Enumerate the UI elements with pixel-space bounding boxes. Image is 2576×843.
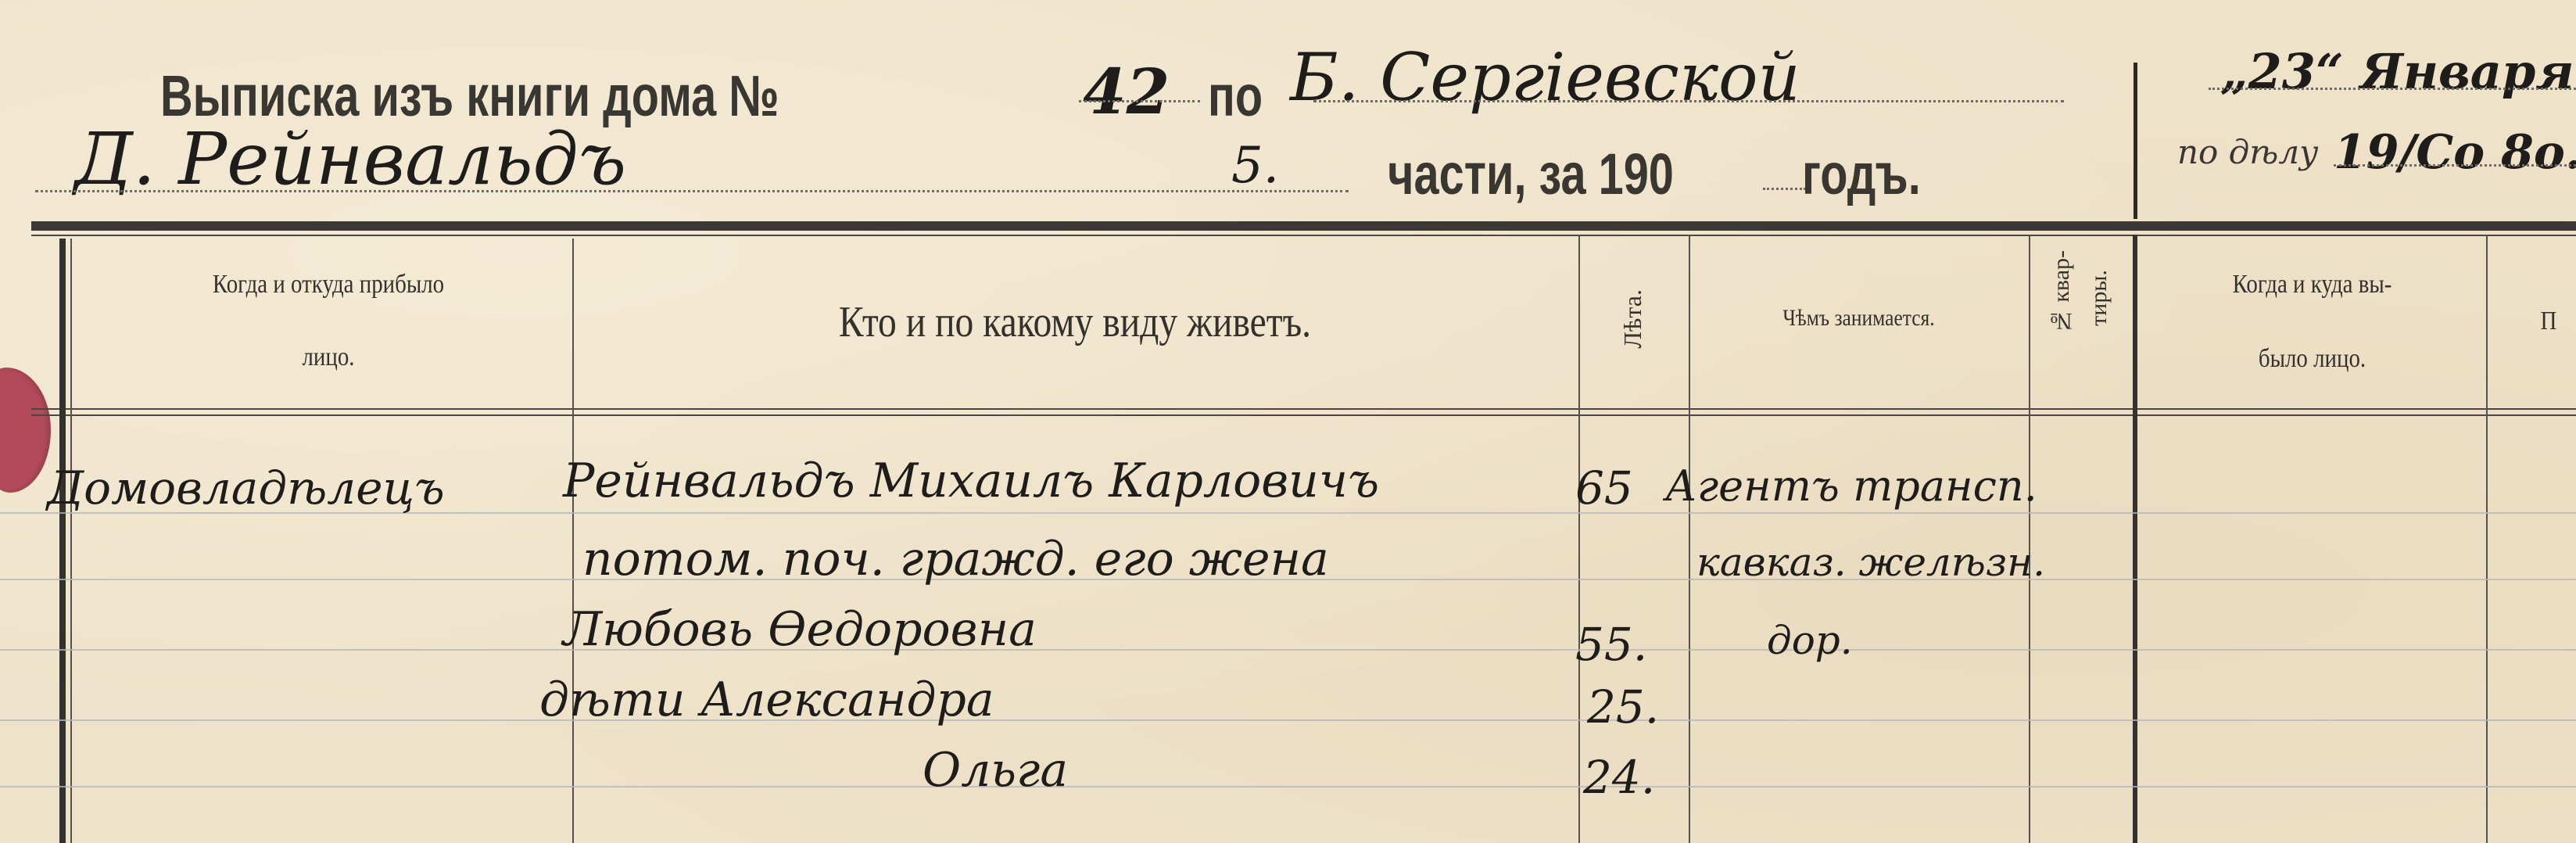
date-dotted-line: [2209, 88, 2576, 90]
col-resident-label: Кто и по какому виду живетъ.: [653, 297, 1497, 347]
entry-occupation-line-3: дор.: [1767, 618, 1853, 663]
street-dotted-line: [1313, 100, 2064, 102]
part-row: части, за 190: [1388, 141, 1754, 209]
case-label: по дѣлу: [2177, 133, 2318, 171]
date-handwritten: „23“ Января: [2220, 43, 2574, 100]
entry-age-1: 65: [1575, 461, 1633, 515]
ruled-line-5: [0, 786, 2576, 787]
col-arrival-label-2: лицо.: [129, 343, 528, 372]
col-divider-1: [572, 239, 574, 843]
header-divider: [2134, 63, 2137, 219]
year-suffix-row: годъ.: [1802, 141, 1954, 209]
header-bottom-rule-1: [31, 408, 2576, 410]
left-border-inner: [70, 239, 72, 843]
year-suffix: годъ.: [1802, 141, 1921, 207]
col-age-label: Лѣта.: [1618, 289, 1647, 349]
col-divider-3: [1689, 235, 1690, 843]
entry-age-3: 25.: [1587, 680, 1659, 734]
ruled-line-4: [0, 719, 2576, 721]
col-departure-label-2: было лицо.: [2168, 344, 2457, 374]
col-apartment-label-1: № квар-: [2048, 250, 2075, 334]
year-dotted-line: [1763, 188, 1806, 190]
part-printed: части, за 190: [1388, 141, 1674, 207]
col-arrival-label-1: Когда и откуда прибыло: [129, 270, 528, 300]
col-divider-6: [2486, 235, 2488, 843]
case-dotted-line: [2334, 164, 2576, 167]
house-number-dotted-line: [1079, 100, 1200, 102]
left-border: [59, 239, 66, 843]
table-top-thick-rule: [31, 221, 2576, 231]
col-divider-2: [1578, 235, 1580, 843]
col-apartment-label-2: тиры.: [2086, 270, 2112, 326]
col-departure-label-1: Когда и куда вы-: [2168, 270, 2457, 300]
header-bottom-rule-2: [31, 414, 2576, 416]
entry-age-4: 24.: [1583, 751, 1655, 804]
entry-arrival: Домовладѣлецъ: [47, 461, 445, 515]
entry-occupation-line-2: кавказ. желѣзн.: [1696, 540, 2045, 585]
entry-resident-line-2: потом. поч. гражд. его жена: [582, 532, 1329, 587]
entry-age-2: 55.: [1575, 618, 1647, 671]
street-prefix: по: [1208, 63, 1263, 129]
entry-occupation-line-1: Агентъ трансп.: [1665, 461, 2037, 511]
ruled-line-3: [0, 649, 2576, 651]
col-divider-5-thick: [2133, 235, 2137, 843]
entry-resident-line-3: Любовь Ѳедоровна: [547, 602, 1037, 657]
col-truncated-label: П: [2529, 307, 2569, 336]
table-top-thin-rule: [31, 235, 2576, 236]
case-number: 19/Со 8о.: [2334, 125, 2576, 180]
owner-name: Д. Рейнвальдъ: [74, 117, 626, 201]
owner-dotted-line: [35, 190, 1349, 192]
col-occupation-label: Чѣмъ занимается.: [1718, 305, 2000, 332]
entry-resident-line-5: Ольга: [923, 743, 1068, 798]
street-name: Б. Сергіевской: [1290, 39, 1800, 116]
col-divider-4: [2029, 235, 2030, 843]
entry-resident-line-1: Рейнвальдъ Михаилъ Карловичъ: [563, 454, 1379, 508]
house-number: 42: [1083, 55, 1170, 128]
entry-resident-line-4: дѣти Александра: [539, 673, 994, 727]
part-number: 5.: [1231, 137, 1279, 195]
